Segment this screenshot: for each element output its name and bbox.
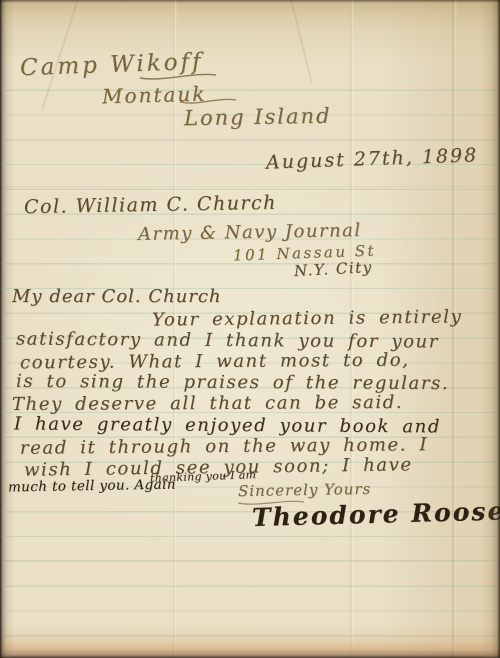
body-line: satisfactory and I thank you for your (16, 331, 439, 352)
body-line: courtesy. What I want most to do, (20, 352, 410, 373)
body-line: is to sing the praises of the regulars. (16, 373, 449, 393)
recipient-name: Col. William C. Church (24, 194, 277, 217)
body-line: Your explanation is entirely (152, 308, 462, 329)
letter-photo: Camp Wikoff Montauk Long Island August 2… (0, 0, 500, 658)
heading-date: August 27th, 1898 (266, 146, 479, 172)
salutation: My dear Col. Church (12, 288, 222, 306)
signature: Theodore Roosevelt (252, 497, 500, 530)
recipient-organization: Army & Navy Journal (138, 222, 362, 244)
recipient-city: N.Y. City (294, 260, 373, 279)
body-line: I have greatly enjoyed your book and (14, 416, 441, 437)
heading-camp-name: Camp Wikoff (20, 51, 204, 80)
fold-crease (289, 0, 314, 83)
valediction: Sincerely Yours (238, 482, 372, 499)
fold-crease (0, 186, 500, 189)
fold-crease (0, 560, 500, 563)
heading-island: Long Island (184, 106, 332, 130)
heading-town: Montauk (102, 84, 207, 107)
fold-crease (452, 0, 457, 658)
body-line: They deserve all that can be said. (12, 394, 403, 414)
fold-crease (350, 0, 354, 658)
